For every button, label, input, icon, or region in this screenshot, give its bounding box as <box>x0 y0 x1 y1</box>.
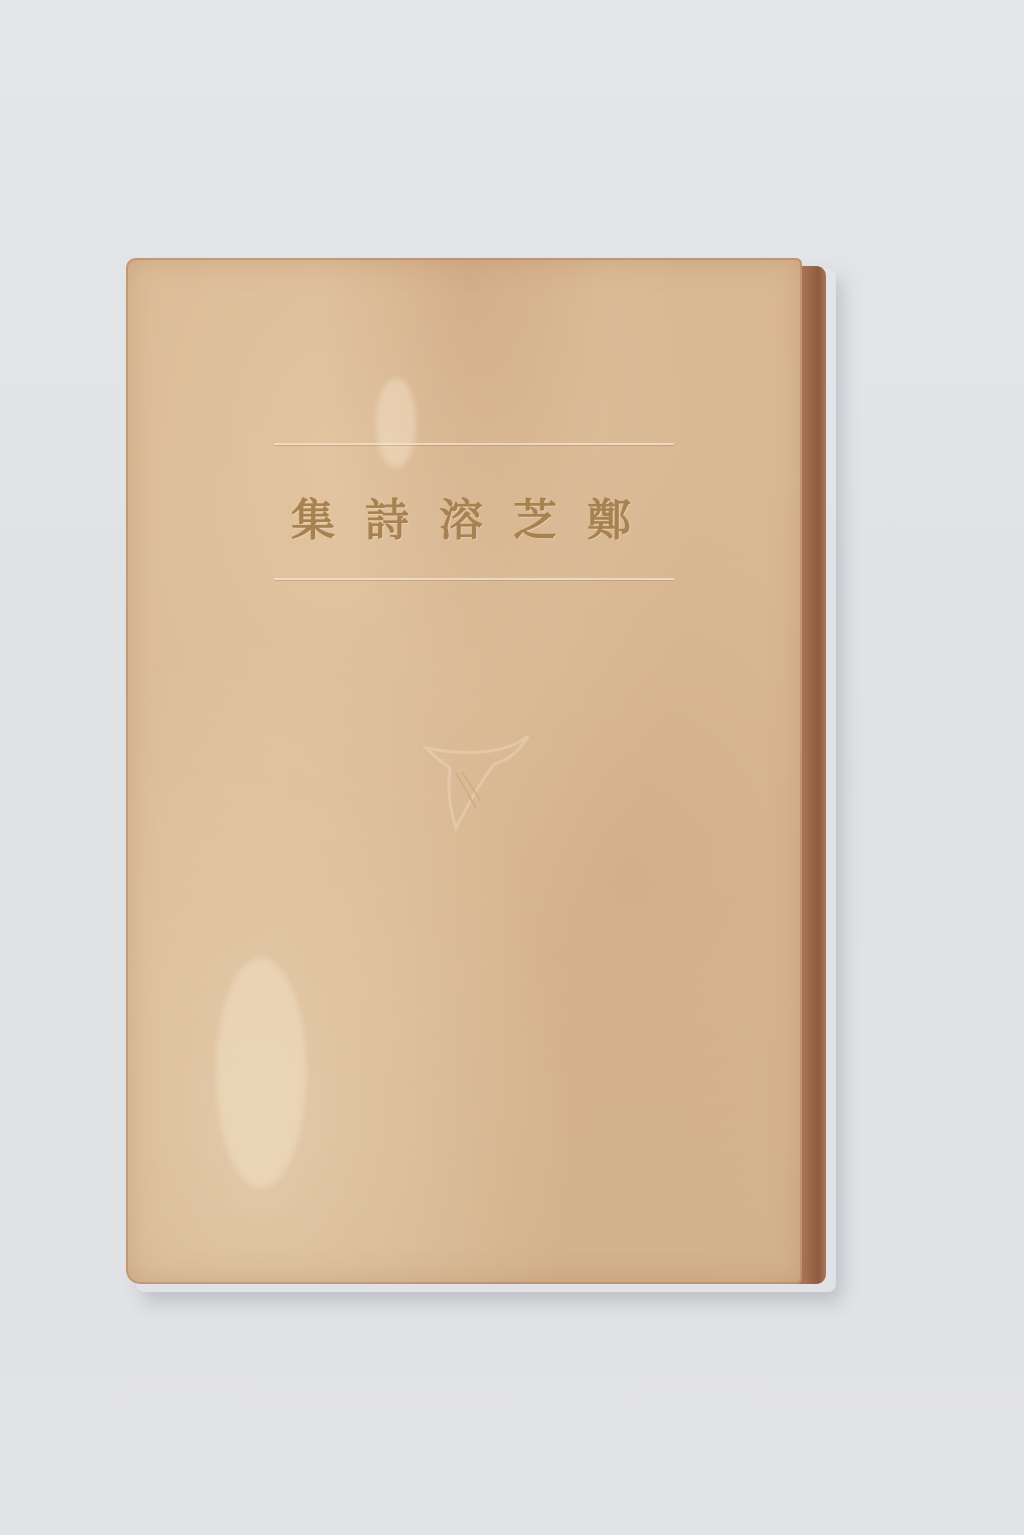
water-stain <box>216 958 306 1188</box>
title-frame-bottom-rule <box>274 578 674 580</box>
bird-emboss-icon <box>416 728 536 838</box>
book: 集詩溶芝鄭 <box>126 258 826 1286</box>
title-frame-top-rule <box>274 443 674 445</box>
book-title: 集詩溶芝鄭 <box>286 484 666 548</box>
water-stain <box>376 378 416 468</box>
book-cover: 集詩溶芝鄭 <box>126 258 802 1284</box>
